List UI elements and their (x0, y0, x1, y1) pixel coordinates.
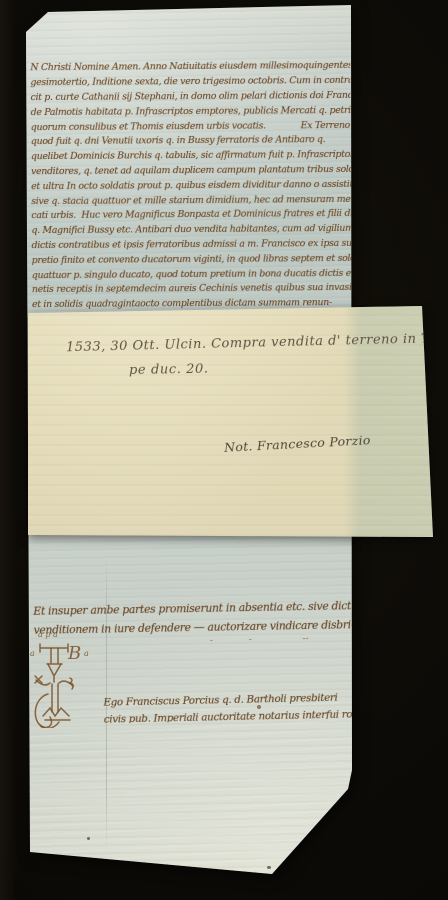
archival-slip: 1533, 30 Ott. Ulcin. Compra vendita d' t… (0, 0, 448, 900)
archival-slip-wrapper: 1533, 30 Ott. Ulcin. Compra vendita d' t… (0, 0, 448, 900)
photo-stage: N Christi Nomine Amen. Anno Natiuitatis … (0, 0, 448, 900)
slip-annotation-line-2: pe duc. 20. (129, 361, 249, 378)
